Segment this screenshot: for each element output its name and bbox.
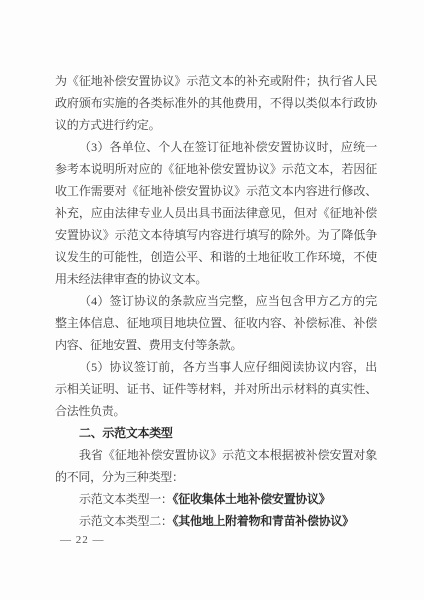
template-type-2-title: 《其他地上附着物和青苗补偿协议》 — [173, 514, 354, 528]
paragraph-item-3: （3）各单位、个人在签订征地补偿安置协议时，应统一参考本说明所对应的《征地补偿安… — [55, 136, 377, 290]
template-type-line-2: 示范文本类型二：《其他地上附着物和青苗补偿协议》 — [55, 510, 377, 532]
section-heading: 二、示范文本类型 — [55, 422, 377, 444]
document-text-block: 为《征地补偿安置协议》示范文本的补充或附件；执行省人民政府颁布实施的各类标准外的… — [55, 70, 377, 532]
paragraph-item-4: （4）签订协议的条款应当完整，应当包含甲方乙方的完整主体信息、征地项目地块位置、… — [55, 290, 377, 356]
paragraph-item-5: （5）协议签订前，各方当事人应仔细阅读协议内容，出示相关证明、证书、证件等材料，… — [55, 356, 377, 422]
paragraph-types-intro: 我省《征地补偿安置协议》示范文本根据被补偿安置对象的不同，分为三种类型： — [55, 444, 377, 488]
template-type-1-label: 示范文本类型一： — [79, 492, 173, 506]
template-type-2-label: 示范文本类型二： — [79, 514, 173, 528]
template-type-line-1: 示范文本类型一：《征收集体土地补偿安置协议》 — [55, 488, 377, 510]
page-number: — 22 — — [60, 532, 105, 548]
template-type-1-title: 《征收集体土地补偿安置协议》 — [173, 492, 331, 506]
document-page: 为《征地补偿安置协议》示范文本的补充或附件；执行省人民政府颁布实施的各类标准外的… — [0, 0, 424, 600]
paragraph-continuation: 为《征地补偿安置协议》示范文本的补充或附件；执行省人民政府颁布实施的各类标准外的… — [55, 70, 377, 136]
